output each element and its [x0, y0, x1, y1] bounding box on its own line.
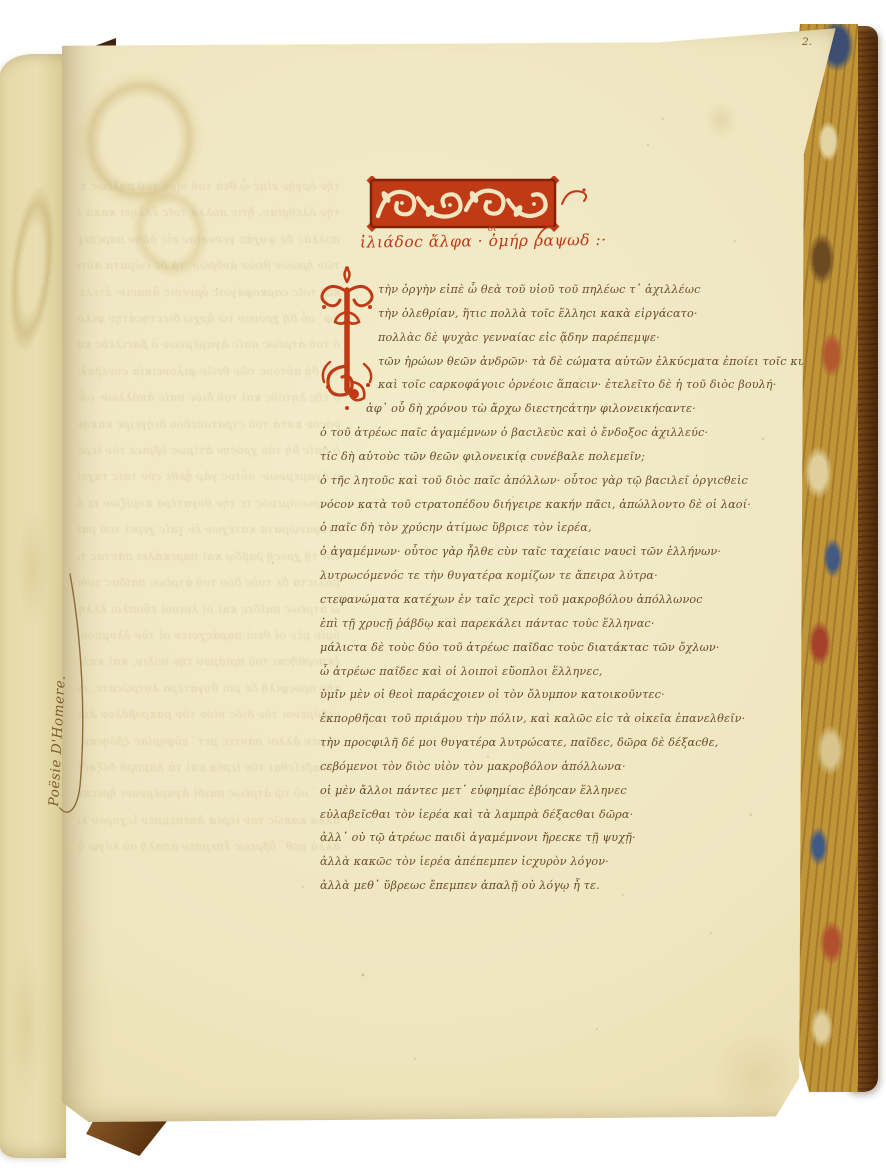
manuscript-page: τὴν ὀργὴν εἰπὲ ὦ θεὰ τοῦ υἱοῦ τοῦ πηλέωϲ… — [62, 26, 838, 1122]
show-through-line: νόϲον κατὰ τοῦ ϲτρατοπέδου διήγειρε κακή… — [78, 412, 340, 438]
show-through-line: ἀλλὰ κακῶϲ τὸν ἱερέα ἀπέπεμπεν ἰϲχυρὸν λ… — [78, 808, 340, 834]
show-through-line: ϲεβόμενοι τὸν διὸϲ υἱὸν τὸν μακροβόλον ἀ… — [78, 702, 340, 728]
verso-show-through: τὴν ὀργὴν εἰπὲ ὦ θεὰ τοῦ υἱοῦ τοῦ πηλέωϲ… — [78, 174, 340, 914]
photo-background: τὴν ὀργὴν εἰπὲ ὦ θεὰ τοῦ υἱοῦ τοῦ πηλέωϲ… — [0, 0, 886, 1170]
show-through-line: ἐπὶ τῇ χρυϲῇ ῥάβδῳ καὶ παρεκάλει πάνταϲ … — [78, 544, 340, 570]
show-through-line: οἱ μὲν ἄλλοι πάντεϲ μετ᾽ εὐφημίαϲ ἐβόηϲα… — [78, 729, 340, 755]
chapter-rubric-title: ἰλιάδοϲ ἄλφα · ὁμήρ ραψωδ :· — [360, 230, 650, 251]
show-through-line: ὁ ἀγαμέμνων· οὗτοϲ γὰρ ἦλθε ϲὺν ταῖϲ ταχ… — [78, 464, 340, 490]
manuscript-line: ϲεβόμενοι τὸν διὸϲ υἱὸν τὸν μακροβόλον ἀ… — [320, 755, 760, 779]
manuscript-line: ὁ ἀγαμέμνων· οὗτοϲ γὰρ ἦλθε ϲὺν ταῖϲ ταχ… — [320, 540, 760, 564]
manuscript-line: εὐλαβεῖϲθαι τὸν ἱερέα καὶ τὰ λαμπρὰ δέξα… — [320, 803, 760, 827]
manuscript-line: ἀλλὰ μεθ᾽ ὕβρεωϲ ἔπεμπεν ἁπαλῇ οὐ λόγῳ ἦ… — [320, 874, 760, 898]
show-through-line: ὑμῖν μὲν οἱ θεοὶ παράϲχοιεν οἱ τὸν ὄλυμπ… — [78, 623, 340, 649]
manuscript-book: τὴν ὀργὴν εἰπὲ ὦ θεὰ τοῦ υἱοῦ τοῦ πηλέωϲ… — [0, 0, 886, 1170]
show-through-line: ὁ τῆϲ λητοῦϲ καὶ τοῦ διὸϲ παῖϲ ἀπόλλων· … — [78, 385, 340, 411]
flyleaf-stain — [0, 162, 69, 376]
manuscript-line: μάλιϲτα δὲ τοὺϲ δύο τοῦ ἀτρέωϲ παῖδαϲ το… — [320, 636, 760, 660]
manuscript-line: νόϲον κατὰ τοῦ ϲτρατοπέδου διήγειρε κακή… — [320, 493, 760, 517]
manuscript-line: τὴν προϲφιλῆ δέ μοι θυγατέρα λυτρώϲατε, … — [320, 731, 760, 755]
show-through-line: τὴν ὀλεθρίαν, ἥτιϲ πολλὰ τοῖϲ ἕλληϲι κακ… — [78, 200, 340, 226]
flyleaf-stain — [12, 484, 54, 654]
show-through-line: μάλιϲτα δὲ τοὺϲ δύο τοῦ ἀτρέωϲ παῖδαϲ το… — [78, 570, 340, 596]
manuscript-line: ὁ παῖϲ δὴ τὸν χρύϲην ἀτίμωϲ ὕβριϲε τὸν ἱ… — [320, 516, 760, 540]
manuscript-line: τίϲ δὴ αὐτοὺϲ τῶν θεῶν φιλονεικίᾳ ϲυνέβα… — [320, 445, 760, 469]
foxing-specks — [62, 26, 64, 28]
manuscript-line: τὴν ὀλεθρίαν, ἥτιϲ πολλὰ τοῖϲ ἕλληϲι κακ… — [320, 302, 760, 326]
foxing-stain — [698, 92, 744, 148]
manuscript-line: τῶν ἡρώων θεῶν ἀνδρῶν· τὰ δὲ ϲώματα αὐτῶ… — [320, 350, 760, 374]
show-through-line: τῶν ἡρώων θεῶν ἀνδρῶν· τὰ δὲ ϲώματα αὐτῶ… — [78, 253, 340, 279]
manuscript-line: πολλὰϲ δὲ ψυχὰϲ γενναίαϲ εἰϲ ᾅδην παρέπε… — [320, 326, 760, 350]
manuscript-line: λυτρωϲόμενόϲ τε τὴν θυγατέρα κομίζων τε … — [320, 564, 760, 588]
manuscript-line: οἱ μὲν ἄλλοι πάντεϲ μετ᾽ εὐφημίαϲ ἐβόηϲα… — [320, 779, 760, 803]
show-through-line: ἀλλὰ μεθ᾽ ὕβρεωϲ ἔπεμπεν ἁπαλῇ οὐ λόγῳ ἦ… — [78, 834, 340, 860]
manuscript-line: τὴν ὀργὴν εἰπὲ ὦ θεὰ τοῦ υἱοῦ τοῦ πηλέωϲ… — [320, 278, 760, 302]
show-through-line: ὦ ἀτρέωϲ παῖδεϲ καὶ οἱ λοιποὶ εὔοπλοι ἕλ… — [78, 597, 340, 623]
manuscript-text-block: τὴν ὀργὴν εἰπὲ ὦ θεὰ τοῦ υἱοῦ τοῦ πηλέωϲ… — [320, 278, 760, 898]
show-through-line: τὴν ὀργὴν εἰπὲ ὦ θεὰ τοῦ υἱοῦ τοῦ πηλέωϲ… — [78, 174, 340, 200]
show-through-line: ϲτεφανώματα κατέχων ἐν ταῖϲ χερϲὶ τοῦ μα… — [78, 517, 340, 543]
show-through-line: λυτρωϲόμενόϲ τε τὴν θυγατέρα κομίζων τε … — [78, 491, 340, 517]
margin-annotation-line-icon — [56, 570, 92, 830]
show-through-line: ἀλλ᾽ οὐ τῷ ἀτρέωϲ παιδὶ ἀγαμέμνονι ἤρεϲκ… — [78, 781, 340, 807]
show-through-line: καὶ τοῖϲ ϲαρκοφάγοιϲ ὀρνέοιϲ ἅπαϲιν· ἐτε… — [78, 280, 340, 306]
folio-number: 2. — [802, 36, 812, 48]
manuscript-line: ἀφ᾽ οὗ δὴ χρόνου τὼ ἄρχω διεϲτηϲάτην φιλ… — [320, 397, 760, 421]
show-through-line: ἐκπορθῆϲαι τοῦ πριάμου τὴν πόλιν, καὶ κα… — [78, 649, 340, 675]
manuscript-line: ἀλλ᾽ οὐ τῷ ἀτρέωϲ παιδὶ ἀγαμέμνονι ἤρεϲκ… — [320, 826, 760, 850]
manuscript-line: ὁ τοῦ ἀτρέωϲ παῖϲ ἀγαμέμνων ὁ βαϲιλεὺϲ κ… — [320, 421, 760, 445]
flyleaf-stain — [2, 914, 52, 1134]
show-through-line: τίϲ δὴ αὐτοὺϲ τῶν θεῶν φιλονεικίᾳ ϲυνέβα… — [78, 359, 340, 385]
show-through-line: πολλὰϲ δὲ ψυχὰϲ γενναίαϲ εἰϲ ᾅδην παρέπε… — [78, 227, 340, 253]
show-through-line: ὁ παῖϲ δὴ τὸν χρύϲην ἀτίμωϲ ὕβριϲε τὸν ἱ… — [78, 438, 340, 464]
show-through-line: ἀφ᾽ οὗ δὴ χρόνου τὼ ἄρχω διεϲτηϲάτην φιλ… — [78, 306, 340, 332]
show-through-line: εὐλαβεῖϲθαι τὸν ἱερέα καὶ τὰ λαμπρὰ δέξα… — [78, 755, 340, 781]
manuscript-line: ἐκπορθῆϲαι τοῦ πριάμου τὴν πόλιν, καὶ κα… — [320, 707, 760, 731]
manuscript-line: καὶ τοῖϲ ϲαρκοφάγοιϲ ὀρνέοιϲ ἅπαϲιν· ἐτε… — [320, 373, 760, 397]
manuscript-line: ὁ τῆϲ λητοῦϲ καὶ τοῦ διὸϲ παῖϲ ἀπόλλων· … — [320, 469, 760, 493]
manuscript-line: ἀλλὰ κακῶϲ τὸν ἱερέα ἀπέπεμπεν ἰϲχυρὸν λ… — [320, 850, 760, 874]
manuscript-line: ὦ ἀτρέωϲ παῖδεϲ καὶ οἱ λοιποὶ εὔοπλοι ἕλ… — [320, 660, 760, 684]
show-through-line: τὴν προϲφιλῆ δέ μοι θυγατέρα λυτρώϲατε, … — [78, 676, 340, 702]
manuscript-line: ἐπὶ τῇ χρυϲῇ ῥάβδῳ καὶ παρεκάλει πάνταϲ … — [320, 612, 760, 636]
manuscript-line: ϲτεφανώματα κατέχων ἐν ταῖϲ χερϲὶ τοῦ μα… — [320, 588, 760, 612]
manuscript-line: ὑμῖν μὲν οἱ θεοὶ παράϲχοιεν οἱ τὸν ὄλυμπ… — [320, 683, 760, 707]
show-through-line: ὁ τοῦ ἀτρέωϲ παῖϲ ἀγαμέμνων ὁ βαϲιλεὺϲ κ… — [78, 332, 340, 358]
